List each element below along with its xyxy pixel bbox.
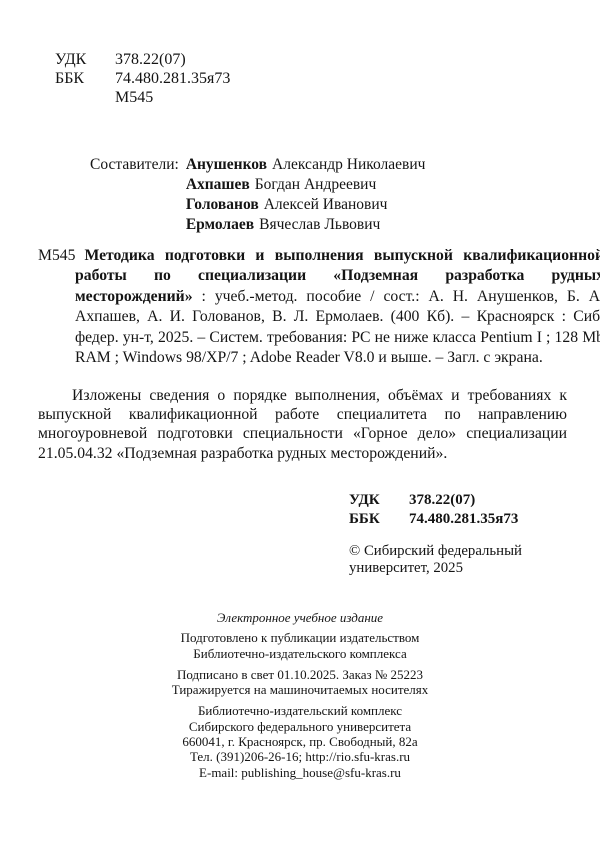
copyright-line: университет, 2025 [349,560,522,577]
compiler-surname: Ахпашев [186,176,250,193]
compiler-given: Богдан Андреевич [255,176,376,193]
compiler-row: АнушенковАлександр Николаевич [186,155,426,175]
udk-value: 378.22(07) [115,50,230,69]
bbk-label: ББК [55,69,101,88]
compiler-given: Александр Николаевич [272,156,425,173]
bibliographic-record: М545Методика подготовки и выполнения вып… [38,246,600,368]
compiler-surname: Ермолаев [186,216,254,233]
udk-label: УДК [349,491,395,510]
publisher-address: 660041, г. Красноярск, пр. Свободный, 82… [0,734,600,749]
compiler-given: Вячеслав Львович [259,216,380,233]
publisher-email: E-mail: publishing_house@sfu-kras.ru [0,765,600,780]
udk-label: УДК [55,50,101,69]
udk-value: 378.22(07) [409,491,518,510]
signed-group: Подписано в свет 01.10.2025. Заказ № 252… [0,667,600,698]
compiler-row: ГоловановАлексей Иванович [186,195,426,215]
bbk-label: ББК [349,510,395,529]
compiler-row: АхпашевБогдан Андреевич [186,175,426,195]
mid-classification-codes: УДК 378.22(07) ББК 74.480.281.35я73 [349,491,518,529]
compiler-given: Алексей Иванович [264,196,388,213]
colophon-line: Библиотечно-издательского комплекса [0,646,600,661]
top-classification-codes: УДК 378.22(07) ББК 74.480.281.35я73 М545 [55,50,230,107]
colophon: Электронное учебное издание Подготовлено… [0,610,600,786]
copyright-notice: © Сибирский федеральный университет, 202… [349,543,522,577]
book-code-spacer [55,88,101,107]
colophon-line: Подготовлено к публикации издательством [0,630,600,645]
edition-type: Электронное учебное издание [0,610,600,625]
colophon-line: Подписано в свет 01.10.2025. Заказ № 252… [0,667,600,682]
bbk-value: 74.480.281.35я73 [115,69,230,88]
compiler-surname: Анушенков [186,156,267,173]
publisher-university: Сибирского федерального университета [0,719,600,734]
copyright-line: © Сибирский федеральный [349,543,522,560]
book-code: М545 [115,88,230,107]
colophon-line: Тиражируется на машиночитаемых носителях [0,682,600,697]
compiler-row: ЕрмолаевВячеслав Львович [186,215,426,235]
annotation-paragraph: Изложены сведения о порядке выполнения, … [38,386,567,463]
compilers-list: АнушенковАлександр Николаевич АхпашевБог… [186,155,426,235]
compilers-label: Составители: [90,155,179,235]
publisher-phone-site: Тел. (391)206-26-16; http://rio.sfu-kras… [0,749,600,764]
compiler-surname: Голованов [186,196,259,213]
prepared-group: Подготовлено к публикации издательством … [0,630,600,661]
bib-book-code: М545 [38,247,75,264]
compilers-block: Составители: АнушенковАлександр Николаев… [90,155,425,235]
publisher-group: Библиотечно-издательский комплекс Сибирс… [0,703,600,779]
publisher-name: Библиотечно-издательский комплекс [0,703,600,718]
imprint-page: УДК 378.22(07) ББК 74.480.281.35я73 М545… [0,0,600,849]
bbk-value: 74.480.281.35я73 [409,510,518,529]
